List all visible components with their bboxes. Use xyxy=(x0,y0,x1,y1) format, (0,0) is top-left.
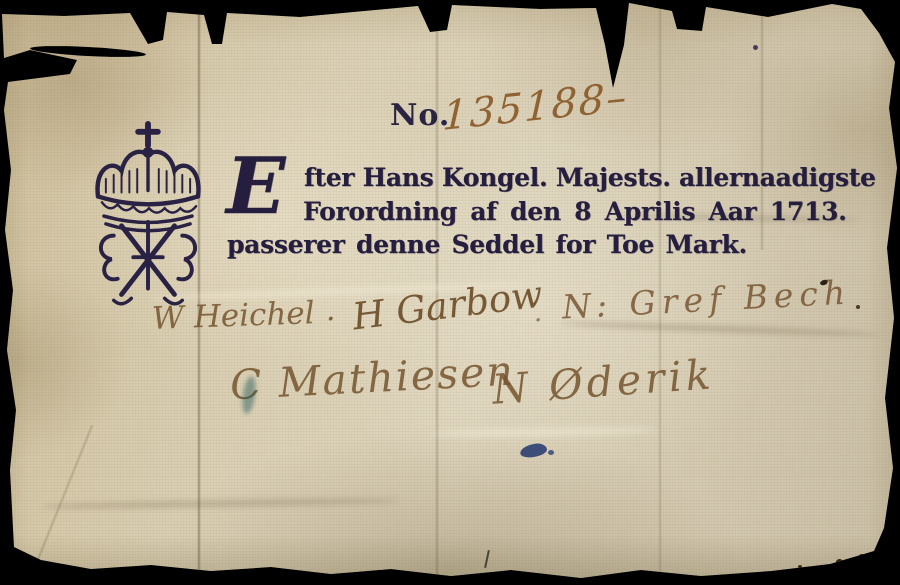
ink-blot-dot xyxy=(548,450,554,455)
signature-gref-bech: N: Gref Bech xyxy=(561,272,852,326)
decree-drop-cap: E xyxy=(226,148,285,226)
decree-line-2: Forordning af den 8 Aprilis Aar 1713. xyxy=(303,197,847,226)
banknote-content: No. 135188– E fter Hans Kongel. Majests.… xyxy=(0,0,900,585)
signature-oderik: N Øderik xyxy=(491,350,716,413)
ink-blot xyxy=(519,442,548,459)
signature-mathiesen: C Mathiesen xyxy=(229,347,516,410)
crown-monogram-emblem xyxy=(84,120,212,316)
signature-separator-dot: · xyxy=(534,306,542,336)
signature-heichel: W Heichel xyxy=(151,295,315,337)
decree-line-3: passerer denne Seddel for Toe Mark. xyxy=(227,230,747,259)
serial-number-handwritten: 135188– xyxy=(442,74,629,140)
signature-garbow: H Garbow xyxy=(350,273,545,339)
decree-line-1: fter Hans Kongel. Majests. allernaadigst… xyxy=(304,163,876,192)
photo-background: No. 135188– E fter Hans Kongel. Majests.… xyxy=(0,0,900,585)
signature-separator-dot: · xyxy=(326,302,336,337)
banknote-paper: No. 135188– E fter Hans Kongel. Majests.… xyxy=(0,0,900,585)
